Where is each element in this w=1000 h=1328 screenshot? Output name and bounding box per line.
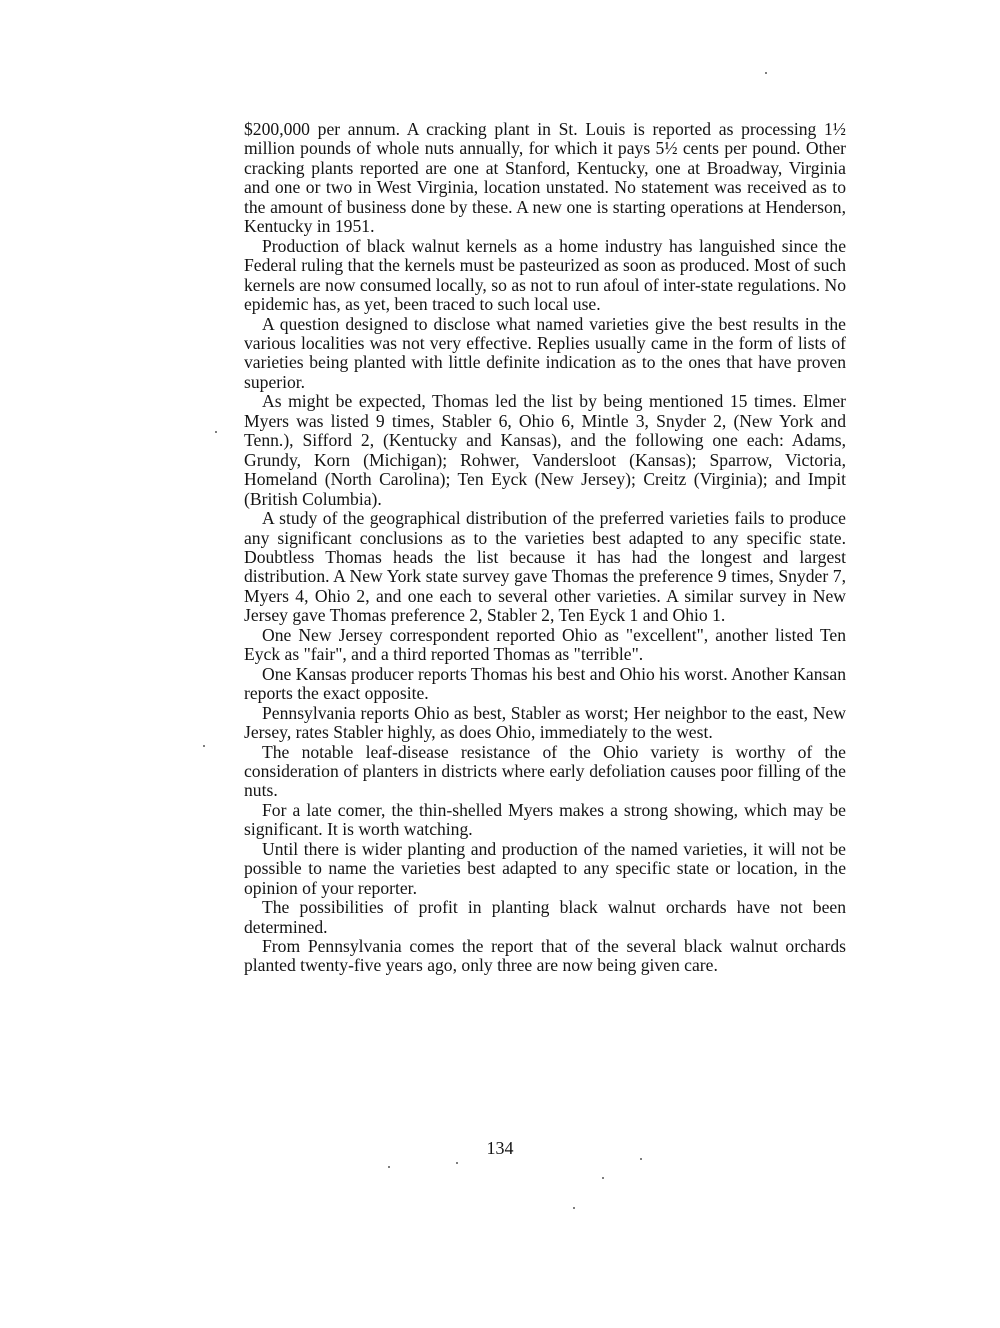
paragraph-ohio-resistance: The notable leaf-disease resistance of t… xyxy=(244,743,846,801)
paragraph-myers: For a late comer, the thin-shelled Myers… xyxy=(244,801,846,840)
paragraph-geographical-study: A study of the geographical distribution… xyxy=(244,509,846,626)
scan-speck xyxy=(573,1207,575,1209)
paragraph-pennsylvania-orchards: From Pennsylvania comes the report that … xyxy=(244,937,846,976)
document-body: $200,000 per annum. A cracking plant in … xyxy=(244,120,846,976)
scan-speck xyxy=(640,1158,642,1160)
page-number: 134 xyxy=(0,1138,1000,1159)
paragraph-kansas-producer: One Kansas producer reports Thomas his b… xyxy=(244,665,846,704)
scan-speck xyxy=(602,1177,604,1179)
paragraph-varieties-question: A question designed to disclose what nam… xyxy=(244,315,846,393)
paragraph-wider-planting: Until there is wider planting and produc… xyxy=(244,840,846,898)
scan-speck xyxy=(388,1166,390,1168)
scan-speck xyxy=(203,745,205,747)
paragraph-profit: The possibilities of profit in planting … xyxy=(244,898,846,937)
paragraph-variety-counts: As might be expected, Thomas led the lis… xyxy=(244,392,846,509)
scan-speck xyxy=(765,72,767,74)
scan-speck xyxy=(456,1162,458,1164)
paragraph-cracking-plants: $200,000 per annum. A cracking plant in … xyxy=(244,120,846,237)
paragraph-home-industry: Production of black walnut kernels as a … xyxy=(244,237,846,315)
paragraph-pennsylvania-report: Pennsylvania reports Ohio as best, Stabl… xyxy=(244,704,846,743)
paragraph-new-jersey-correspondent: One New Jersey correspondent reported Oh… xyxy=(244,626,846,665)
scan-speck xyxy=(215,431,217,433)
